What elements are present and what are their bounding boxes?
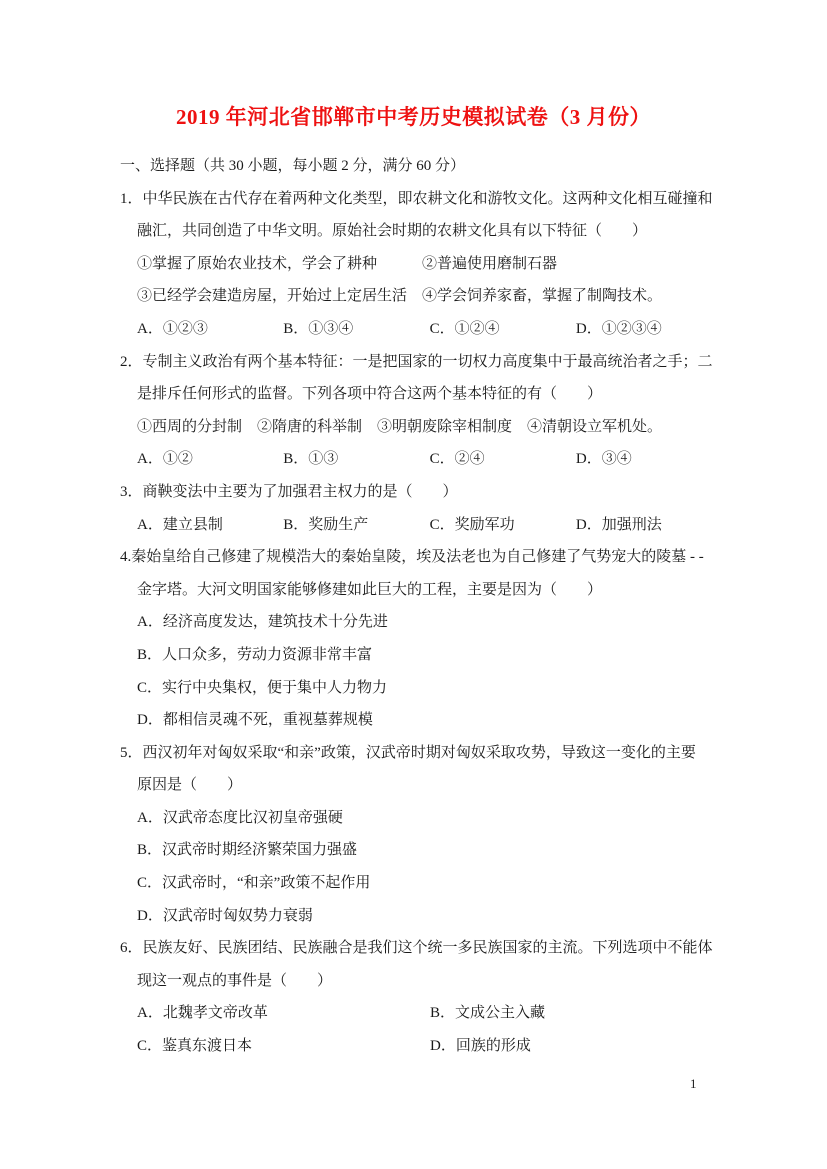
question-1-option-b: B．①③④	[283, 313, 429, 346]
document-title: 2019 年河北省邯郸市中考历史模拟试卷（3 月份）	[0, 101, 827, 131]
question-5-stem-line-2: 原因是（ ）	[120, 769, 760, 802]
question-4-option-a: A．经济高度发达，建筑技术十分先进	[120, 606, 760, 639]
question-6-option-c: C．鉴真东渡日本	[137, 1030, 430, 1063]
question-4-stem-line-2: 金字塔。大河文明国家能够修建如此巨大的工程，主要是因为（ ）	[120, 574, 760, 607]
question-5-option-b: B．汉武帝时期经济繁荣国力强盛	[120, 834, 760, 867]
question-4-option-d: D．都相信灵魂不死，重视墓葬规模	[120, 704, 760, 737]
question-1-option-a: A．①②③	[137, 313, 283, 346]
question-6-option-a: A．北魏孝文帝改革	[137, 997, 430, 1030]
question-2-stem-line-1: 2．专制主义政治有两个基本特征：一是把国家的一切权力高度集中于最高统治者之手；二	[120, 346, 760, 379]
question-4-option-b: B．人口众多，劳动力资源非常丰富	[120, 639, 760, 672]
question-5-option-c: C．汉武帝时，“和亲”政策不起作用	[120, 867, 760, 900]
question-6-option-d: D．回族的形成	[430, 1030, 531, 1063]
question-2-option-b: B．①③	[283, 443, 429, 476]
section-heading: 一、选择题（共 30 小题，每小题 2 分，满分 60 分）	[120, 150, 760, 183]
question-6-stem-line-2: 现这一观点的事件是（ ）	[120, 965, 760, 998]
question-4-option-c: C．实行中央集权，便于集中人力物力	[120, 672, 760, 705]
question-3-option-b: B．奖励生产	[283, 509, 429, 542]
question-3-options-row: A．建立县制 B．奖励生产 C．奖励军功 D．加强刑法	[120, 509, 760, 542]
question-1-option-c: C．①②④	[430, 313, 576, 346]
question-1-option-d: D．①②③④	[576, 313, 662, 346]
question-1-stem-line-1: 1．中华民族在古代存在着两种文化类型，即农耕文化和游牧文化。这两种文化相互碰撞和	[120, 183, 760, 216]
question-3-option-d: D．加强刑法	[576, 509, 662, 542]
question-2-clause-line-1: ①西周的分封制 ②隋唐的科举制 ③明朝废除宰相制度 ④清朝设立军机处。	[120, 411, 760, 444]
question-3-option-a: A．建立县制	[137, 509, 283, 542]
page-number: 1	[690, 1076, 697, 1092]
question-1-options-row: A．①②③ B．①③④ C．①②④ D．①②③④	[120, 313, 760, 346]
question-3-option-c: C．奖励军功	[430, 509, 576, 542]
question-1-clause-line-2: ③已经学会建造房屋，开始过上定居生活 ④学会饲养家畜，掌握了制陶技术。	[120, 280, 760, 313]
question-6-options-row-2: C．鉴真东渡日本 D．回族的形成	[120, 1030, 760, 1063]
question-5-stem-line-1: 5．西汉初年对匈奴采取“和亲”政策，汉武帝时期对匈奴采取攻势，导致这一变化的主要	[120, 737, 760, 770]
question-6-option-b: B．文成公主入藏	[430, 997, 545, 1030]
question-5-option-d: D．汉武帝时匈奴势力衰弱	[120, 900, 760, 933]
question-2-stem-line-2: 是排斥任何形式的监督。下列各项中符合这两个基本特征的有（ ）	[120, 378, 760, 411]
question-5-option-a: A．汉武帝态度比汉初皇帝强硬	[120, 802, 760, 835]
question-6-options-row-1: A．北魏孝文帝改革 B．文成公主入藏	[120, 997, 760, 1030]
question-2-options-row: A．①② B．①③ C．②④ D．③④	[120, 443, 760, 476]
question-3-stem-line-1: 3．商鞅变法中主要为了加强君主权力的是（ ）	[120, 476, 760, 509]
question-1-clause-line-1: ①掌握了原始农业技术，学会了耕种 ②普遍使用磨制石器	[120, 248, 760, 281]
question-6-stem-line-1: 6．民族友好、民族团结、民族融合是我们这个统一多民族国家的主流。下列选项中不能体	[120, 932, 760, 965]
question-2-option-a: A．①②	[137, 443, 283, 476]
question-2-option-d: D．③④	[576, 443, 632, 476]
question-2-option-c: C．②④	[430, 443, 576, 476]
exam-page: 2019 年河北省邯郸市中考历史模拟试卷（3 月份） 一、选择题（共 30 小题…	[0, 0, 827, 1169]
document-body: 一、选择题（共 30 小题，每小题 2 分，满分 60 分） 1．中华民族在古代…	[120, 150, 760, 1063]
question-4-stem-line-1: 4.秦始皇给自己修建了规模浩大的秦始皇陵，埃及法老也为自己修建了气势宠大的陵墓 …	[120, 541, 760, 574]
question-1-stem-line-2: 融汇，共同创造了中华文明。原始社会时期的农耕文化具有以下特征（ ）	[120, 215, 760, 248]
